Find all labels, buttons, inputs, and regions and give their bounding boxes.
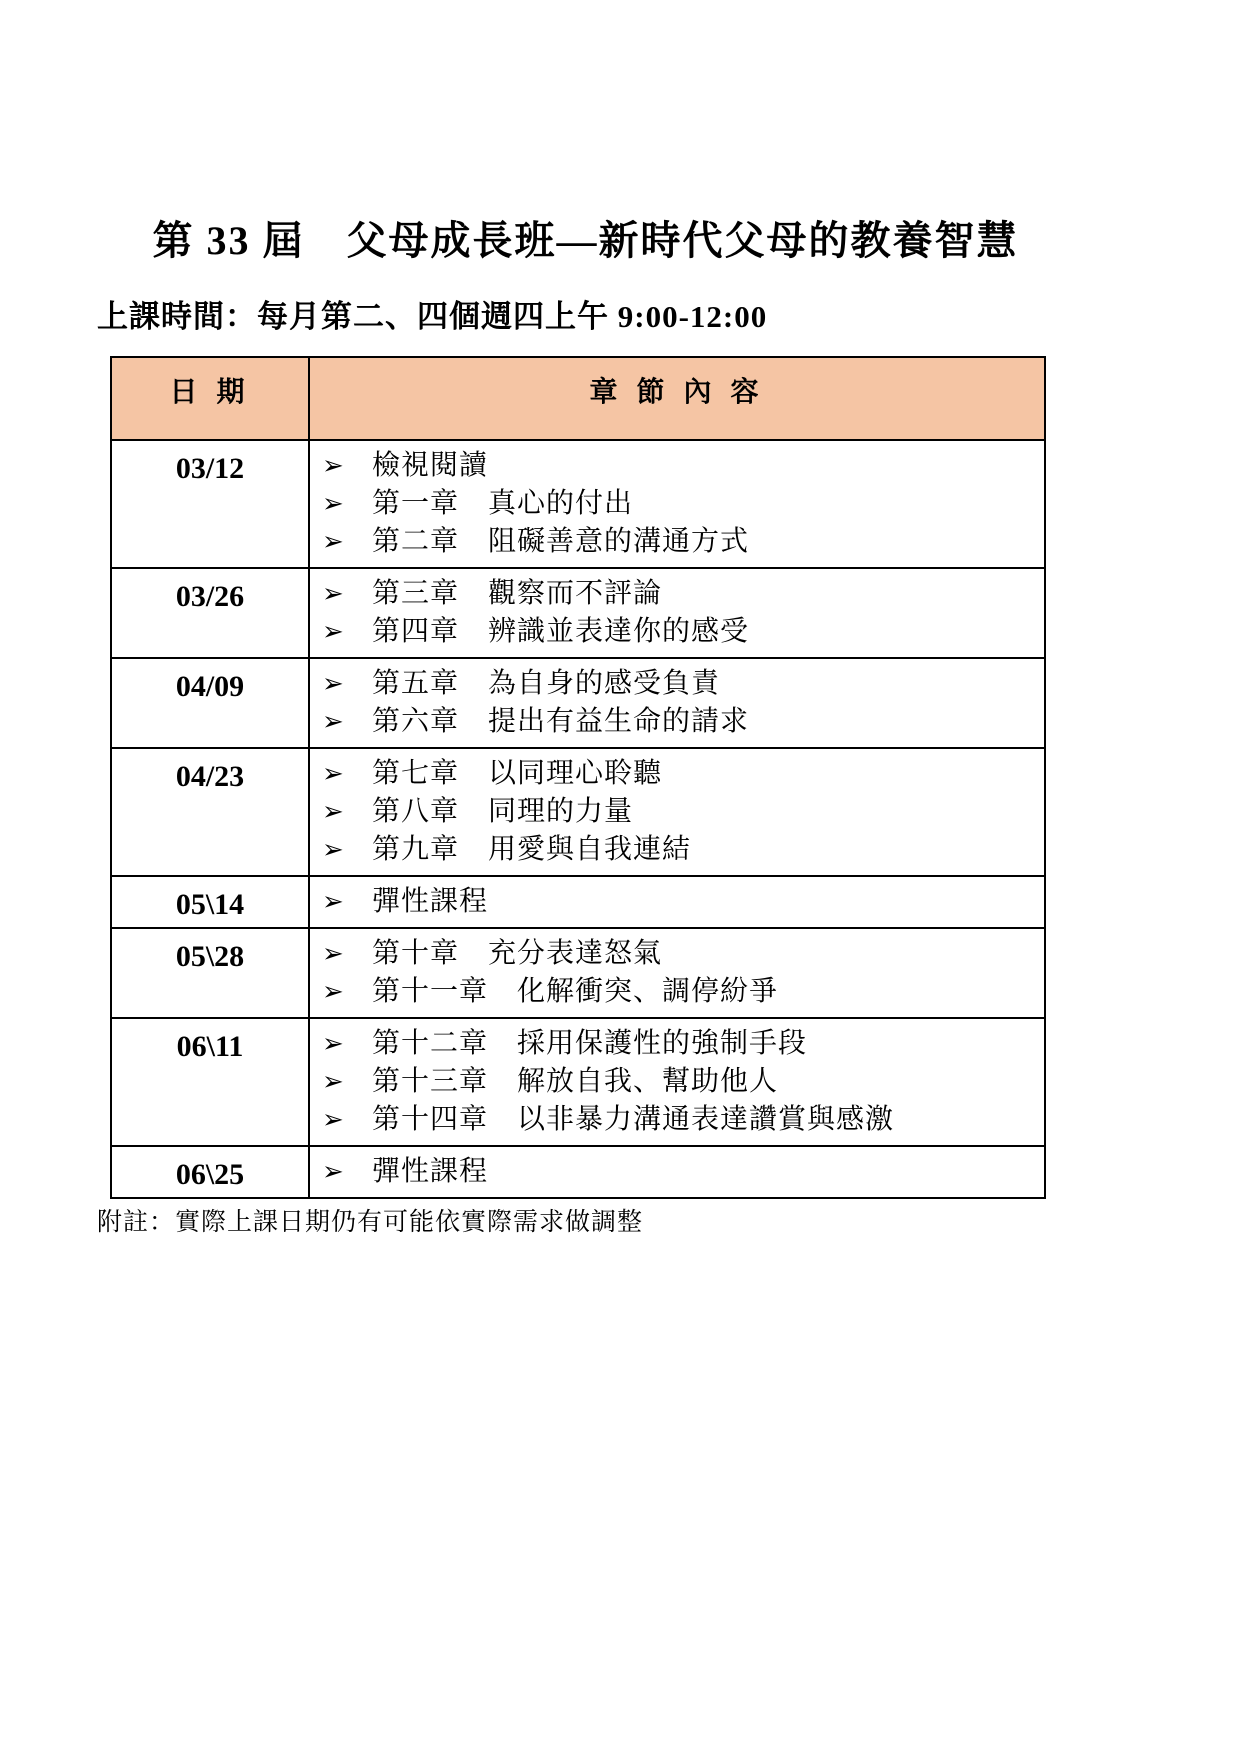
chapter-text: 第十一章 化解衝突、調停紛爭: [372, 973, 1036, 1011]
header-cell-date: 日 期: [111, 357, 309, 440]
chapter-text: 第十二章 採用保護性的強制手段: [372, 1025, 1036, 1063]
arrow-bullet-icon: ➢: [322, 793, 352, 831]
content-cell: ➢第三章 觀察而不評論➢第四章 辨識並表達你的感受: [309, 568, 1045, 658]
table-row: 03/12 ➢檢視閱讀➢第一章 真心的付出➢第二章 阻礙善意的溝通方式: [111, 440, 1045, 568]
chapter-text: 第八章 同理的力量: [372, 793, 1036, 831]
chapter-text: 第二章 阻礙善意的溝通方式: [372, 523, 1036, 561]
chapter-item: ➢彈性課程: [322, 883, 1036, 921]
arrow-bullet-icon: ➢: [322, 1063, 352, 1101]
table-header-row: 日 期 章 節 內 容: [111, 357, 1045, 440]
chapter-text: 彈性課程: [372, 883, 1036, 921]
schedule-table: 日 期 章 節 內 容 03/12 ➢檢視閱讀➢第一章 真心的付出➢第二章 阻礙…: [110, 356, 1046, 1199]
chapter-text: 第十三章 解放自我、幫助他人: [372, 1063, 1036, 1101]
chapter-item: ➢第十三章 解放自我、幫助他人: [322, 1063, 1036, 1101]
chapter-text: 彈性課程: [372, 1153, 1036, 1191]
table-row: 03/26 ➢第三章 觀察而不評論➢第四章 辨識並表達你的感受: [111, 568, 1045, 658]
content-cell: ➢第十二章 採用保護性的強制手段➢第十三章 解放自我、幫助他人➢第十四章 以非暴…: [309, 1018, 1045, 1146]
arrow-bullet-icon: ➢: [322, 575, 352, 613]
arrow-bullet-icon: ➢: [322, 485, 352, 523]
date-cell: 04/23: [111, 748, 309, 876]
course-time-line: 上課時間：每月第二、四個週四上午 9:00-12:00: [97, 298, 1241, 336]
arrow-bullet-icon: ➢: [322, 883, 352, 921]
table-row: 06\11 ➢第十二章 採用保護性的強制手段➢第十三章 解放自我、幫助他人➢第十…: [111, 1018, 1045, 1146]
chapter-item: ➢第九章 用愛與自我連結: [322, 831, 1036, 869]
arrow-bullet-icon: ➢: [322, 755, 352, 793]
arrow-bullet-icon: ➢: [322, 703, 352, 741]
date-cell: 03/12: [111, 440, 309, 568]
chapter-item: ➢第五章 為自身的感受負責: [322, 665, 1036, 703]
chapter-item: ➢檢視閱讀: [322, 447, 1036, 485]
arrow-bullet-icon: ➢: [322, 665, 352, 703]
chapter-text: 第一章 真心的付出: [372, 485, 1036, 523]
table-row: 04/09 ➢第五章 為自身的感受負責➢第六章 提出有益生命的請求: [111, 658, 1045, 748]
schedule-table-body: 03/12 ➢檢視閱讀➢第一章 真心的付出➢第二章 阻礙善意的溝通方式 03/2…: [111, 440, 1045, 1198]
arrow-bullet-icon: ➢: [322, 1101, 352, 1139]
date-cell: 03/26: [111, 568, 309, 658]
chapter-item: ➢第二章 阻礙善意的溝通方式: [322, 523, 1036, 561]
chapter-item: ➢第十章 充分表達怒氣: [322, 935, 1036, 973]
date-cell: 05\28: [111, 928, 309, 1018]
content-cell: ➢第十章 充分表達怒氣➢第十一章 化解衝突、調停紛爭: [309, 928, 1045, 1018]
chapter-text: 第五章 為自身的感受負責: [372, 665, 1036, 703]
chapter-item: ➢第四章 辨識並表達你的感受: [322, 613, 1036, 651]
table-row: 05\14 ➢彈性課程: [111, 876, 1045, 928]
chapter-text: 檢視閱讀: [372, 447, 1036, 485]
arrow-bullet-icon: ➢: [322, 1153, 352, 1191]
table-row: 05\28 ➢第十章 充分表達怒氣➢第十一章 化解衝突、調停紛爭: [111, 928, 1045, 1018]
chapter-item: ➢彈性課程: [322, 1153, 1036, 1191]
arrow-bullet-icon: ➢: [322, 973, 352, 1011]
content-cell: ➢第五章 為自身的感受負責➢第六章 提出有益生命的請求: [309, 658, 1045, 748]
date-cell: 06\11: [111, 1018, 309, 1146]
date-cell: 05\14: [111, 876, 309, 928]
chapter-text: 第十四章 以非暴力溝通表達讚賞與感激: [372, 1101, 1036, 1139]
chapter-item: ➢第一章 真心的付出: [322, 485, 1036, 523]
arrow-bullet-icon: ➢: [322, 523, 352, 561]
content-cell: ➢檢視閱讀➢第一章 真心的付出➢第二章 阻礙善意的溝通方式: [309, 440, 1045, 568]
chapter-text: 第十章 充分表達怒氣: [372, 935, 1036, 973]
chapter-item: ➢第七章 以同理心聆聽: [322, 755, 1036, 793]
document-page: 第 33 屆 父母成長班—新時代父母的教養智慧 上課時間：每月第二、四個週四上午…: [0, 0, 1241, 1755]
arrow-bullet-icon: ➢: [322, 613, 352, 651]
chapter-text: 第七章 以同理心聆聽: [372, 755, 1036, 793]
date-cell: 04/09: [111, 658, 309, 748]
date-cell: 06\25: [111, 1146, 309, 1198]
chapter-item: ➢第十四章 以非暴力溝通表達讚賞與感激: [322, 1101, 1036, 1139]
arrow-bullet-icon: ➢: [322, 935, 352, 973]
header-cell-content: 章 節 內 容: [309, 357, 1045, 440]
chapter-item: ➢第六章 提出有益生命的請求: [322, 703, 1036, 741]
chapter-item: ➢第八章 同理的力量: [322, 793, 1036, 831]
page-title: 第 33 屆 父母成長班—新時代父母的教養智慧: [97, 218, 1144, 264]
content-cell: ➢彈性課程: [309, 1146, 1045, 1198]
chapter-item: ➢第三章 觀察而不評論: [322, 575, 1036, 613]
content-cell: ➢彈性課程: [309, 876, 1045, 928]
chapter-text: 第三章 觀察而不評論: [372, 575, 1036, 613]
content-cell: ➢第七章 以同理心聆聽➢第八章 同理的力量➢第九章 用愛與自我連結: [309, 748, 1045, 876]
arrow-bullet-icon: ➢: [322, 1025, 352, 1063]
chapter-text: 第四章 辨識並表達你的感受: [372, 613, 1036, 651]
chapter-item: ➢第十二章 採用保護性的強制手段: [322, 1025, 1036, 1063]
table-row: 04/23 ➢第七章 以同理心聆聽➢第八章 同理的力量➢第九章 用愛與自我連結: [111, 748, 1045, 876]
chapter-text: 第六章 提出有益生命的請求: [372, 703, 1036, 741]
table-row: 06\25 ➢彈性課程: [111, 1146, 1045, 1198]
footnote: 附註：實際上課日期仍有可能依實際需求做調整: [97, 1207, 1241, 1239]
arrow-bullet-icon: ➢: [322, 447, 352, 485]
chapter-text: 第九章 用愛與自我連結: [372, 831, 1036, 869]
chapter-item: ➢第十一章 化解衝突、調停紛爭: [322, 973, 1036, 1011]
arrow-bullet-icon: ➢: [322, 831, 352, 869]
